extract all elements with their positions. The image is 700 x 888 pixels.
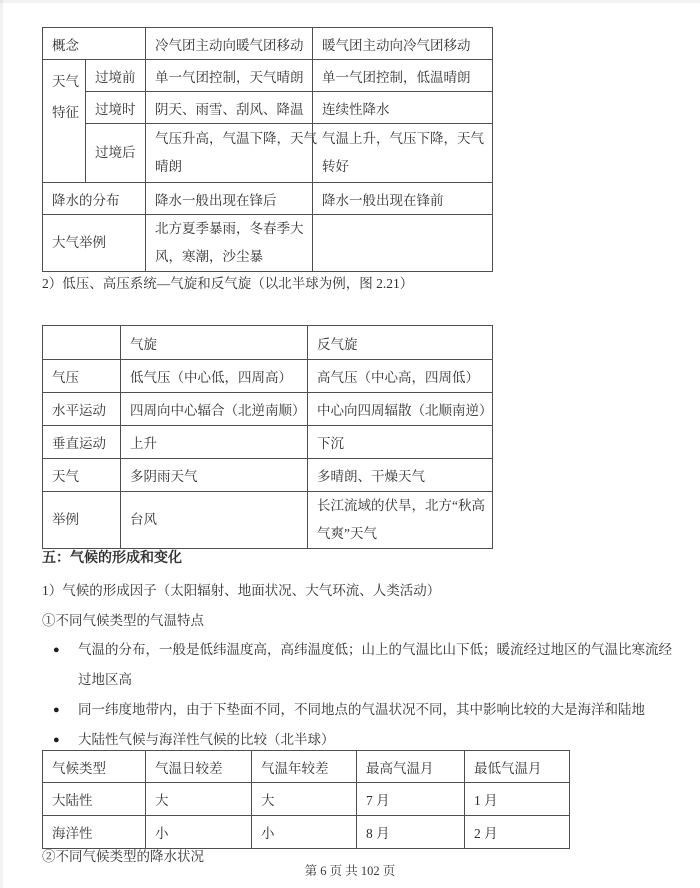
cell-during-passage-label: 过境时 [86,92,146,124]
cell-concept-warm-front: 暖气团主动向冷气团移动 [313,28,493,60]
cell-vertical-label: 垂直运动 [43,426,121,459]
cell-weather-feature-label: 天气 特征 [43,60,86,183]
cell-horizontal-label: 水平运动 [43,393,121,426]
cell-header-cyclone: 气旋 [121,326,308,360]
bullet-icon: ● [42,695,78,725]
cell-pressure-anticyclone: 高气压（中心高，四周低） [308,360,493,393]
cell-header-empty [43,326,121,360]
cell-continental-hottest: 7 月 [357,783,465,816]
section5-item1: 1）气候的形成因子（太阳辐射、地面状况、大气环流、人类活动） [42,581,440,601]
cell-pressure-label: 气压 [43,360,121,393]
cell-vertical-anticyclone: 下沉 [308,426,493,459]
cell-continental-type: 大陆性 [43,783,146,816]
cell-header-annual-range: 气温年较差 [252,751,357,783]
cell-precip-warm: 降水一般出现在锋前 [313,183,493,215]
cell-horizontal-anticyclone: 中心向四周辐散（北顺南逆） [308,393,493,426]
cell-example-warm [313,215,493,272]
cell-before-warm: 单一气团控制，低温晴朗 [313,60,493,92]
cell-example-cyclone: 台风 [121,492,308,549]
cell-weather-cyclone: 多阴雨天气 [121,459,308,492]
cell-marine-hottest: 8 月 [357,816,465,849]
cell-marine-daily: 小 [146,816,252,849]
cell-marine-coldest: 2 月 [465,816,570,849]
cell-example-cold: 北方夏季暴雨，冬春季大 风，寒潮，沙尘暴 [146,215,313,272]
section2-title: 2）低压、高压系统—气旋和反气旋（以北半球为例，图 2.21） [42,274,413,294]
document-page: 概念 冷气团主动向暖气团移动 暖气团主动向冷气团移动 天气 特征 过境前 单一气… [0,0,700,888]
cell-continental-annual: 大 [252,783,357,816]
section5-sub1: ①不同气候类型的气温特点 [42,611,204,631]
cell-marine-type: 海洋性 [43,816,146,849]
cell-before-passage-label: 过境前 [86,60,146,92]
front-systems-table: 概念 冷气团主动向暖气团移动 暖气团主动向冷气团移动 天气 特征 过境前 单一气… [42,27,493,272]
cell-header-climate-type: 气候类型 [43,751,146,783]
cell-weather-label: 天气 [43,459,121,492]
bullet-icon: ● [42,635,78,665]
cell-after-warm: 气温上升，气压下降，天气 转好 [313,124,493,183]
bullet-item-temperature-distribution: ● 气温的分布，一般是低纬温度高，高纬温度低；山上的气温比山下低；暖流经过地区的… [42,635,672,695]
cell-after-cold: 气压升高，气温下降，天气 晴朗 [146,124,313,183]
cell-weather-anticyclone: 多晴朗、干燥天气 [308,459,493,492]
cell-vertical-cyclone: 上升 [121,426,308,459]
cyclone-anticyclone-table: 气旋 反气旋 气压 低气压（中心低，四周高） 高气压（中心高，四周低） 水平运动… [42,325,493,549]
bullet-item-same-latitude: ● 同一纬度地带内，由于下垫面不同，不同地点的气温状况不同，其中影响比较的大是海… [42,695,645,725]
cell-after-passage-label: 过境后 [86,124,146,183]
cell-atmosphere-example-label: 大气举例 [43,215,146,272]
cell-header-daily-range: 气温日较差 [146,751,252,783]
cell-header-coldest-month: 最低气温月 [465,751,570,783]
climate-comparison-table: 气候类型 气温日较差 气温年较差 最高气温月 最低气温月 大陆性 大 大 7 月… [42,750,570,849]
cell-during-warm: 连续性降水 [313,92,493,124]
cell-precip-distribution-label: 降水的分布 [43,183,146,215]
cell-during-cold: 阴天、雨雪、刮风、降温 [146,92,313,124]
cell-example-label: 举例 [43,492,121,549]
section5-heading: 五：气候的形成和变化 [42,549,182,569]
cell-marine-annual: 小 [252,816,357,849]
bullet-text: 气温的分布，一般是低纬温度高，高纬温度低；山上的气温比山下低；暖流经过地区的气温… [78,635,672,695]
cell-continental-daily: 大 [146,783,252,816]
cell-header-anticyclone: 反气旋 [308,326,493,360]
cell-pressure-cyclone: 低气压（中心低，四周高） [121,360,308,393]
cell-example-anticyclone: 长江流域的伏旱，北方“秋高 气爽”天气 [308,492,493,549]
page-number-footer: 第 6 页 共 102 页 [0,861,700,879]
cell-concept-label: 概念 [43,28,146,60]
cell-horizontal-cyclone: 四周向中心辐合（北逆南顺） [121,393,308,426]
cell-before-cold: 单一气团控制，天气晴朗 [146,60,313,92]
cell-precip-cold: 降水一般出现在锋后 [146,183,313,215]
cell-continental-coldest: 1 月 [465,783,570,816]
cell-header-hottest-month: 最高气温月 [357,751,465,783]
bullet-text: 同一纬度地带内，由于下垫面不同，不同地点的气温状况不同，其中影响比较的大是海洋和… [78,695,645,725]
cell-concept-cold-front: 冷气团主动向暖气团移动 [146,28,313,60]
